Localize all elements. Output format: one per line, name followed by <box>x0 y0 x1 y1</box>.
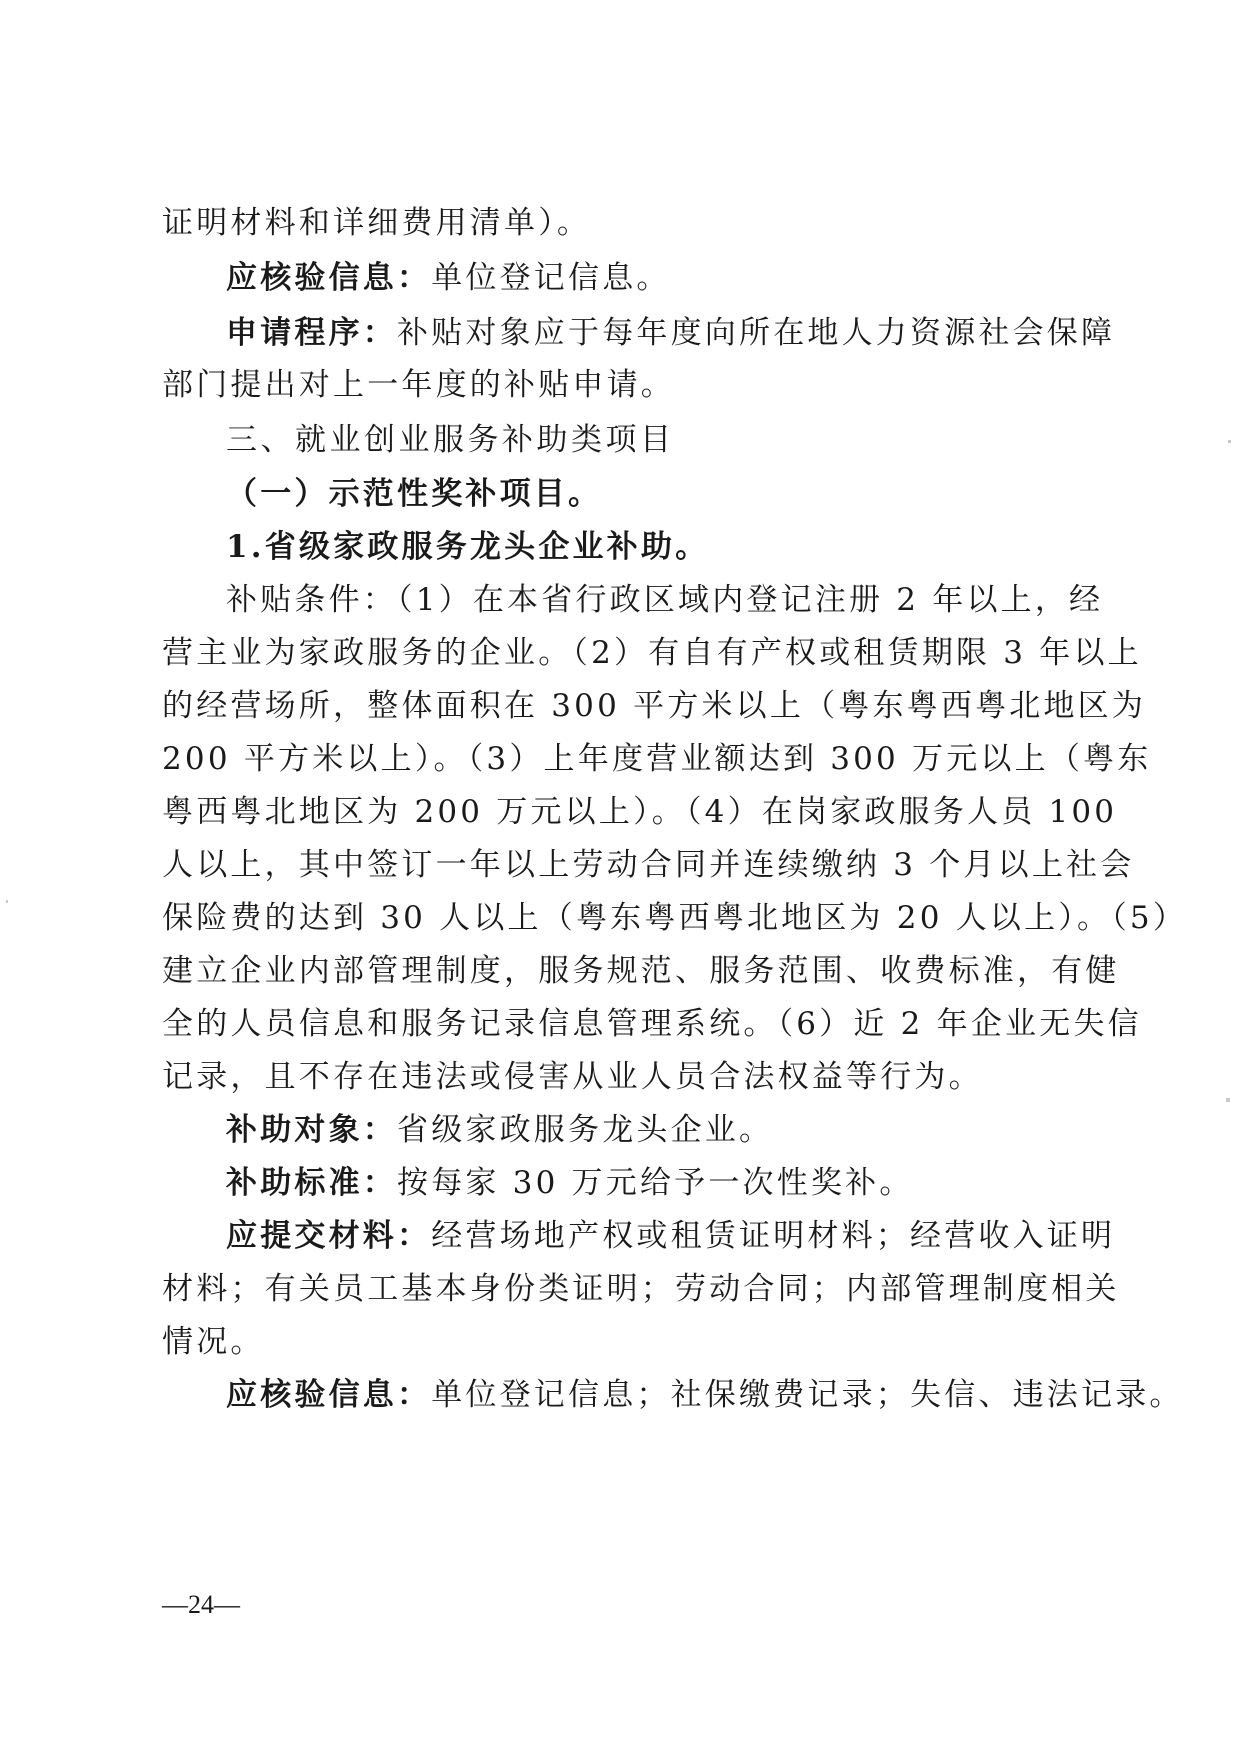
line-text: 200 平方米以上）。（3）上年度营业额达到 300 万元以上（粤东 <box>162 741 1151 777</box>
text-line: 200 平方米以上）。（3）上年度营业额达到 300 万元以上（粤东 <box>162 739 1151 779</box>
line-text: 全的人员信息和服务记录信息管理系统。（6）近 2 年企业无失信 <box>162 1006 1142 1042</box>
field-value: （1）在本省行政区域内登记注册 2 年以上，经 <box>397 582 1103 618</box>
text-line: 记录，且不存在违法或侵害从业人员合法权益等行为。 <box>162 1057 983 1097</box>
text-line: 的经营场所，整体面积在 300 平方米以上（粤东粤西粤北地区为 <box>162 686 1146 726</box>
field-required-materials: 应提交材料：经营场地产权或租赁证明材料；经营收入证明 <box>226 1216 1115 1256</box>
line-text: 保险费的达到 30 人以上（粤东粤西粤北地区为 20 人以上）。（5） <box>162 900 1187 936</box>
scan-artifact <box>6 900 8 903</box>
line-text: 证明材料和详细费用清单）。 <box>162 205 591 241</box>
field-subsidy-standard: 补助标准：按每家 30 万元给予一次性奖补。 <box>226 1163 914 1203</box>
line-text: 人以上，其中签订一年以上劳动合同并连续缴纳 3 个月以上社会 <box>162 847 1134 883</box>
field-label: 申请程序： <box>226 315 397 351</box>
field-verify-info: 应核验信息：单位登记信息；社保缴费记录；失信、违法记录。 <box>226 1375 1184 1415</box>
text-line: 保险费的达到 30 人以上（粤东粤西粤北地区为 20 人以上）。（5） <box>162 898 1187 938</box>
section-heading: 三、就业创业服务补助类项目 <box>226 420 675 460</box>
field-label: 应核验信息： <box>226 1377 431 1413</box>
subsection-heading: （一）示范性奖补项目。 <box>226 474 602 514</box>
scan-artifact <box>1226 1098 1230 1102</box>
line-text: 建立企业内部管理制度，服务规范、服务范围、收费标准，有健 <box>162 953 1120 989</box>
field-value: 单位登记信息。 <box>431 260 670 296</box>
line-text: 情况。 <box>162 1324 265 1360</box>
field-application-procedure: 申请程序：补贴对象应于每年度向所在地人力资源社会保障 <box>226 313 1115 353</box>
field-value: 单位登记信息；社保缴费记录；失信、违法记录。 <box>431 1377 1183 1413</box>
field-value: 按每家 30 万元给予一次性奖补。 <box>397 1165 914 1201</box>
field-value: 省级家政服务龙头企业。 <box>397 1112 773 1148</box>
line-text: 记录，且不存在违法或侵害从业人员合法权益等行为。 <box>162 1059 983 1095</box>
field-label: 补助标准： <box>226 1165 397 1201</box>
line-text: 粤西粤北地区为 200 万元以上）。（4）在岗家政服务人员 100 <box>162 794 1117 830</box>
line-text: 的经营场所，整体面积在 300 平方米以上（粤东粤西粤北地区为 <box>162 688 1146 724</box>
scan-artifact <box>1228 440 1231 443</box>
field-value: 经营场地产权或租赁证明材料；经营收入证明 <box>431 1218 1115 1254</box>
field-label: 补贴条件： <box>226 582 397 618</box>
field-label: 应核验信息： <box>226 260 431 296</box>
heading-text: 三、就业创业服务补助类项目 <box>226 422 675 458</box>
page-number: —24— <box>162 1590 240 1620</box>
field-subsidy-conditions: 补贴条件：（1）在本省行政区域内登记注册 2 年以上，经 <box>226 580 1103 620</box>
text-line: 建立企业内部管理制度，服务规范、服务范围、收费标准，有健 <box>162 951 1120 991</box>
text-line: 粤西粤北地区为 200 万元以上）。（4）在岗家政服务人员 100 <box>162 792 1117 832</box>
text-line: 营主业为家政服务的企业。（2）有自有产权或租赁期限 3 年以上 <box>162 633 1142 673</box>
text-line: 人以上，其中签订一年以上劳动合同并连续缴纳 3 个月以上社会 <box>162 845 1134 885</box>
field-verify-info: 应核验信息：单位登记信息。 <box>226 258 671 298</box>
field-label: 应提交材料： <box>226 1218 431 1254</box>
text-line: 材料；有关员工基本身份类证明；劳动合同；内部管理制度相关 <box>162 1269 1120 1309</box>
heading-text: （一）示范性奖补项目。 <box>226 476 602 512</box>
text-line: 证明材料和详细费用清单）。 <box>162 203 591 243</box>
line-text: 部门提出对上一年度的补贴申请。 <box>162 367 675 403</box>
line-text: 材料；有关员工基本身份类证明；劳动合同；内部管理制度相关 <box>162 1271 1120 1307</box>
field-subsidy-target: 补助对象：省级家政服务龙头企业。 <box>226 1110 773 1150</box>
heading-text: 1.省级家政服务龙头企业补助。 <box>226 529 709 565</box>
text-line: 全的人员信息和服务记录信息管理系统。（6）近 2 年企业无失信 <box>162 1004 1142 1044</box>
item-heading: 1.省级家政服务龙头企业补助。 <box>226 527 709 567</box>
line-text: 营主业为家政服务的企业。（2）有自有产权或租赁期限 3 年以上 <box>162 635 1142 671</box>
field-value: 补贴对象应于每年度向所在地人力资源社会保障 <box>397 315 1115 351</box>
document-page: 证明材料和详细费用清单）。 应核验信息：单位登记信息。 申请程序：补贴对象应于每… <box>0 0 1241 1755</box>
field-label: 补助对象： <box>226 1112 397 1148</box>
text-line: 部门提出对上一年度的补贴申请。 <box>162 365 675 405</box>
text-line: 情况。 <box>162 1322 265 1362</box>
